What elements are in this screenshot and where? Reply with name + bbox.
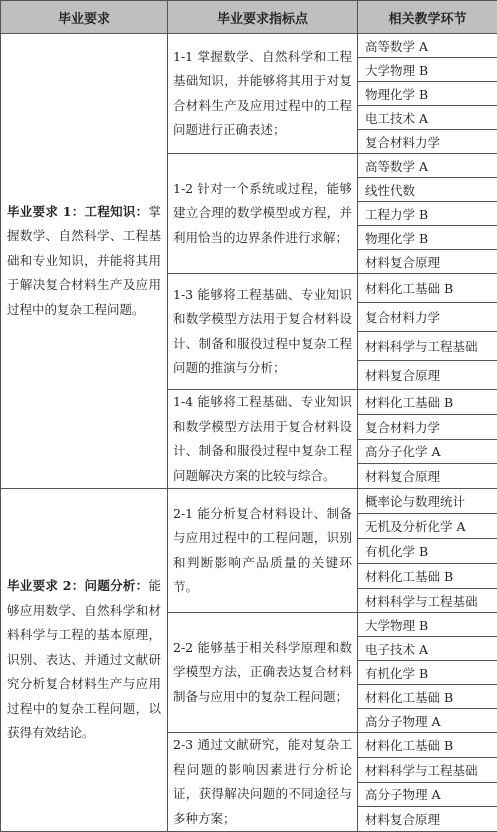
requirement-2-title: 毕业要求 2：问题分析： (7, 578, 148, 593)
course-cell: 电工技术 A (358, 106, 497, 130)
header-row: 毕业要求 毕业要求指标点 相关教学环节 (1, 1, 497, 34)
course-cell: 材料科学与工程基础 (358, 332, 497, 361)
course-cell: 大学物理 B (358, 613, 497, 637)
course-cell: 大学物理 B (358, 58, 497, 82)
graduation-requirements-table: 毕业要求 毕业要求指标点 相关教学环节 毕业要求 1：工程知识：掌握数学、自然科… (0, 0, 497, 827)
indicator-2-2: 2-2 能够基于相关科学原理和数学模型方法，正确表达复合材料制备与应用中的复杂工… (168, 613, 358, 733)
course-cell: 电子技术 A (358, 637, 497, 661)
course-cell: 高分子物理 A (358, 782, 497, 807)
course-cell: 高等数学 A (358, 34, 497, 58)
indicator-1-4: 1-4 能够将工程基础、专业知识和数学模型方法用于复合材料设计、制备和服役过程中… (168, 390, 358, 489)
course-cell: 概率论与数理统计 (358, 489, 497, 514)
requirement-1-cell: 毕业要求 1：工程知识：掌握数学、自然科学、工程基础和专业知识，并能将其用于解决… (1, 34, 168, 489)
course-cell: 材料化工基础 B (358, 390, 497, 415)
indicator-2-3: 2-3 通过文献研究，能对复杂工程问题的影响因素进行分析论证，获得解决问题的不同… (168, 733, 358, 828)
table-row: 毕业要求 1：工程知识：掌握数学、自然科学、工程基础和专业知识，并能将其用于解决… (1, 34, 497, 58)
course-cell: 有机化学 B (358, 661, 497, 685)
course-cell: 工程力学 B (358, 202, 497, 226)
course-cell: 材料化工基础 B (358, 733, 497, 758)
course-cell: 材料科学与工程基础 (358, 589, 497, 613)
requirement-2-text: 能够应用数学、自然科学和材料科学与工程的基本原理，识别、表达、并通过文献研究分析… (7, 578, 161, 740)
course-cell: 物理化学 B (358, 226, 497, 250)
course-cell: 材料化工基础 B (358, 274, 497, 303)
course-cell: 高分子物理 A (358, 709, 497, 733)
course-cell: 材料化工基础 B (358, 564, 497, 589)
course-cell: 高等数学 A (358, 154, 497, 178)
course-cell: 材料科学与工程基础 (358, 757, 497, 782)
course-cell: 材料化工基础 B (358, 685, 497, 709)
course-cell: 复合材料力学 (358, 303, 497, 332)
requirement-1-title: 毕业要求 1：工程知识： (7, 204, 148, 219)
course-cell: 复合材料力学 (358, 414, 497, 439)
course-cell: 复合材料力学 (358, 130, 497, 154)
header-courses: 相关教学环节 (358, 1, 497, 34)
indicator-1-1: 1-1 掌握数学、自然科学和工程基础知识，并能够将其用于对复合材料生产及应用过程… (168, 34, 358, 154)
course-cell: 材料复合原理 (358, 250, 497, 274)
course-cell: 材料复合原理 (358, 464, 497, 489)
table-row: 毕业要求 2：问题分析：能够应用数学、自然科学和材料科学与工程的基本原理，识别、… (1, 489, 497, 514)
header-requirement: 毕业要求 (1, 1, 168, 34)
course-cell: 高分子化学 A (358, 439, 497, 464)
course-cell: 有机化学 B (358, 539, 497, 564)
course-cell: 线性代数 (358, 178, 497, 202)
requirement-2-cell: 毕业要求 2：问题分析：能够应用数学、自然科学和材料科学与工程的基本原理，识别、… (1, 489, 168, 828)
requirement-1-text: 掌握数学、自然科学、工程基础和专业知识，并能将其用于解决复合材料生产及应用过程中… (7, 204, 161, 317)
indicator-1-2: 1-2 针对一个系统或过程，能够建立合理的数学模型或方程，并利用恰当的边界条件进… (168, 154, 358, 274)
course-cell: 无机及分析化学 A (358, 514, 497, 539)
course-cell: 材料复合原理 (358, 807, 497, 827)
course-cell: 材料复合原理 (358, 361, 497, 390)
course-cell: 物理化学 B (358, 82, 497, 106)
indicator-1-3: 1-3 能够将工程基础、专业知识和数学模型方法用于复合材料设计、制备和服役过程中… (168, 274, 358, 390)
header-indicator: 毕业要求指标点 (168, 1, 358, 34)
indicator-2-1: 2-1 能分析复合材料设计、制备与应用过程中的工程问题，识别和判断影响产品质量的… (168, 489, 358, 613)
